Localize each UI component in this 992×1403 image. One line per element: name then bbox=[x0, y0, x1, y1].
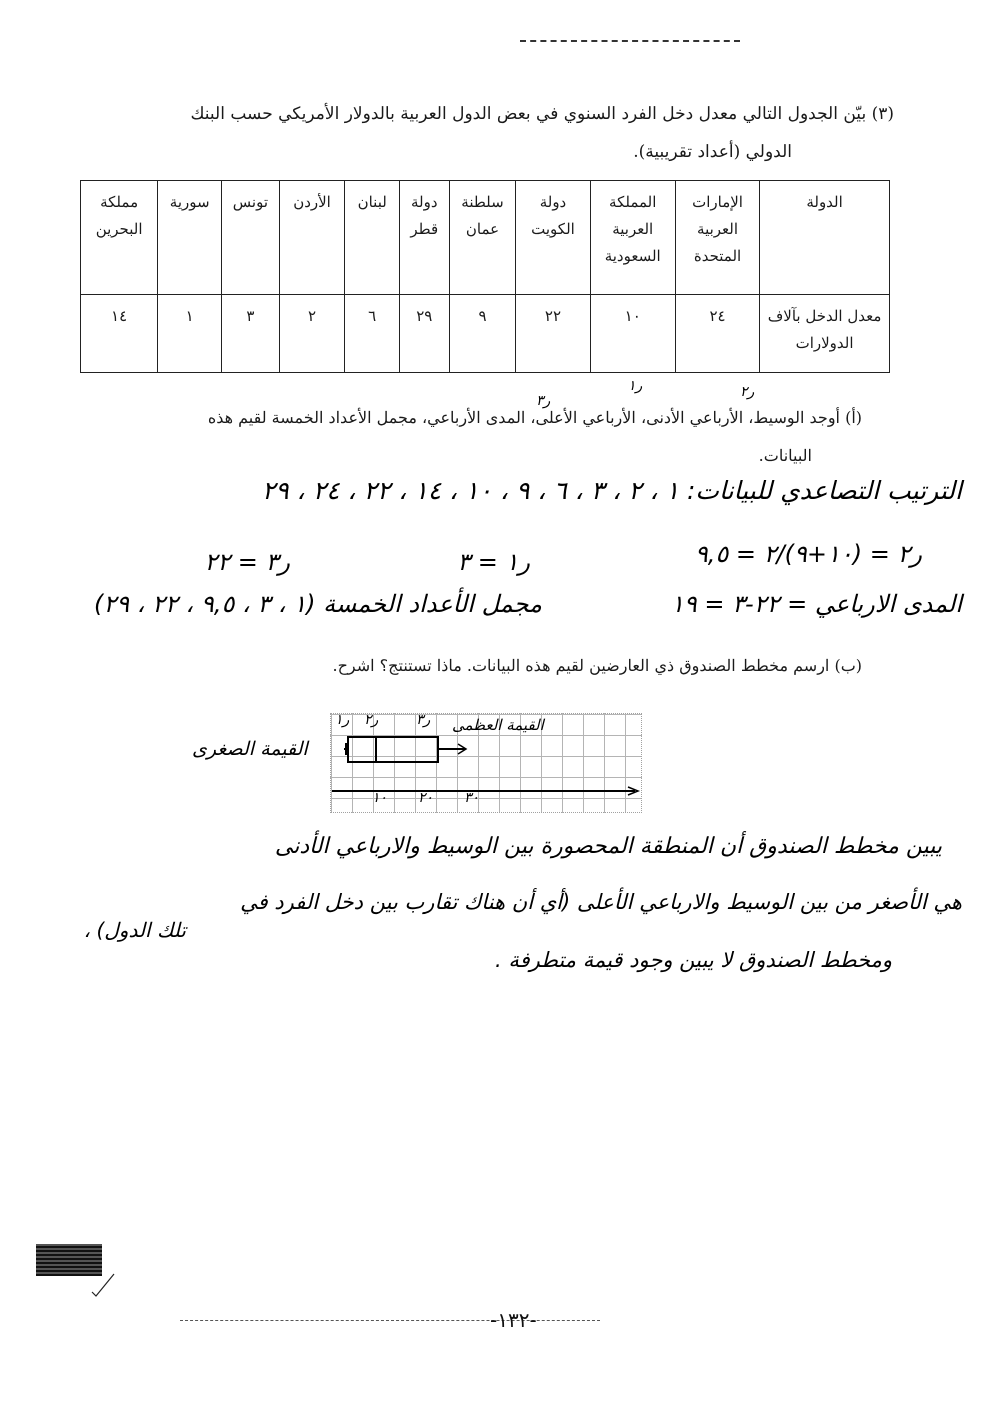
top-dashed-line bbox=[520, 40, 740, 42]
table-cell-country: دولة قطر bbox=[399, 181, 449, 295]
part-b-question: (ب) ارسم مخطط الصندوق ذي العارضين لقيم ه… bbox=[222, 656, 862, 675]
boxplot-label-median: ر٢ bbox=[364, 712, 378, 728]
table-cell-country: دولة الكويت bbox=[516, 181, 590, 295]
table-cell-value: ٢٩ bbox=[399, 295, 449, 373]
box-plot bbox=[344, 737, 466, 762]
table-cell-country: الأردن bbox=[279, 181, 345, 295]
table-cell-value: ٣ bbox=[222, 295, 279, 373]
conclusion-line3: تلك الدول) ، bbox=[36, 918, 186, 942]
table-cell-country: مملكة البحرين bbox=[81, 181, 158, 295]
table-cell-value: ١ bbox=[158, 295, 222, 373]
row-value-label: معدل الدخل بآلاف الدولارات bbox=[760, 295, 890, 373]
axis-tick-30: ٣٠ bbox=[464, 790, 479, 806]
answer-median: ر٢ = (١٠+٩)/٢ = ٩,٥ bbox=[632, 540, 922, 568]
answer-q1: ر١ = ٣ bbox=[380, 548, 530, 576]
table-cell-value: ٢ bbox=[279, 295, 345, 373]
table-cell-country: سلطنة عمان bbox=[449, 181, 516, 295]
table-cell-value: ١٤ bbox=[81, 295, 158, 373]
table-cell-value: ١٠ bbox=[590, 295, 675, 373]
answer-five-number-summary: مجمل الأعداد الخمسة (١ ، ٣ ، ٩,٥ ، ٢٢ ، … bbox=[22, 590, 542, 618]
answer-q3: ر٣ = ٢٢ bbox=[120, 548, 290, 576]
table-header-row: الدولة الإمارات العربية المتحدة المملكة … bbox=[81, 181, 890, 295]
answer-iqr: المدى الارباعي = ٢٢-٣ = ١٩ bbox=[582, 590, 962, 618]
table-cell-country: تونس bbox=[222, 181, 279, 295]
table-cell-country: المملكة العربية السعودية bbox=[590, 181, 675, 295]
table-cell-value: ٢٤ bbox=[675, 295, 759, 373]
question-intro-line2: الدولي (أعداد تقريبية). bbox=[292, 142, 792, 162]
boxplot-label-min: ر١ bbox=[335, 712, 349, 728]
conclusion-line4: ومخطط الصندوق لا يبين وجود قيمة متطرفة . bbox=[272, 948, 892, 972]
answer-sorted-data: الترتيب التصاعدي للبيانات: ١ ، ٢ ، ٣ ، ٦… bbox=[42, 476, 962, 505]
annotation-q1: ر١ bbox=[628, 378, 642, 394]
table-cell-value: ٦ bbox=[345, 295, 400, 373]
conclusion-line2: هي الأصغر من بين الوسيط والارباعي الأعلى… bbox=[42, 890, 962, 914]
table-cell-value: ٢٢ bbox=[516, 295, 590, 373]
table-cell-value: ٩ bbox=[449, 295, 516, 373]
boxplot-label-max: القيمة العظمى bbox=[452, 716, 544, 734]
footer-dashed-line bbox=[180, 1320, 600, 1321]
annotation-q2: ر٢ bbox=[740, 384, 754, 400]
question-intro-line1: (٣) بيّن الجدول التالي معدل دخل الفرد ال… bbox=[94, 104, 894, 124]
page-number: -١٣٢- bbox=[490, 1308, 537, 1332]
income-table: الدولة الإمارات العربية المتحدة المملكة … bbox=[80, 180, 890, 373]
table-cell-country: الإمارات العربية المتحدة bbox=[675, 181, 759, 295]
annotation-q3: ر٣ bbox=[536, 393, 550, 409]
axis-tick-20: ٢٠ bbox=[418, 790, 433, 806]
boxplot-label-min-value: القيمة الصغرى bbox=[192, 738, 308, 760]
boxplot-label-q3: ر٣ bbox=[416, 712, 430, 728]
checkmark-icon bbox=[90, 1272, 120, 1298]
axis-tick-10: ١٠ bbox=[372, 790, 387, 806]
conclusion-line1: يبين مخطط الصندوق أن المنطقة المحصورة بي… bbox=[62, 834, 942, 859]
table-cell-country: سورية bbox=[158, 181, 222, 295]
table-value-row: معدل الدخل بآلاف الدولارات ٢٤ ١٠ ٢٢ ٩ ٢٩… bbox=[81, 295, 890, 373]
part-a-question-line2: البيانات. bbox=[612, 446, 812, 465]
table-cell-country: لبنان bbox=[345, 181, 400, 295]
row-header-label: الدولة bbox=[760, 181, 890, 295]
part-a-question-line1: (أ) أوجد الوسيط، الأرباعي الأدنى، الأربا… bbox=[82, 408, 862, 427]
